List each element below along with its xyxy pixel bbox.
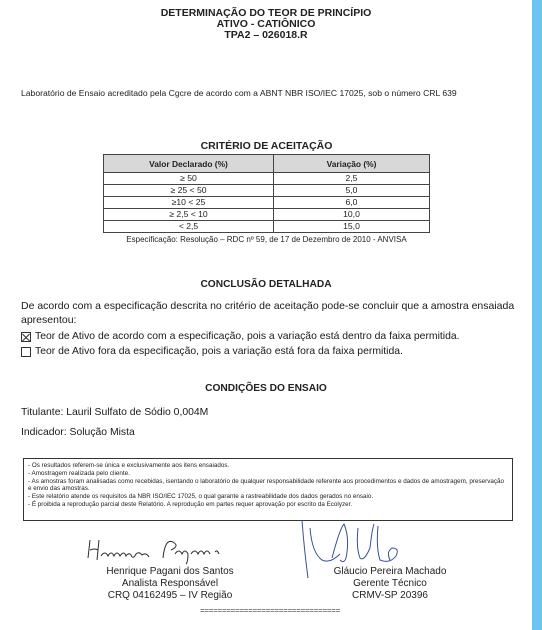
scan-edge-strip (532, 0, 542, 630)
table-row: ≥10 < 256,0 (104, 197, 430, 209)
table-row: < 2,515,0 (104, 221, 430, 233)
checkbox-unchecked-icon[interactable] (21, 347, 31, 357)
table-row: ≥ 25 < 505,0 (104, 185, 430, 197)
variation-cell: 2,5 (274, 173, 430, 185)
column-header-variation: Variação (%) (274, 155, 430, 173)
note-item: - Os resultados referem-se única e exclu… (28, 462, 508, 470)
column-header-declared: Valor Declarado (%) (104, 155, 274, 173)
note-item: - É proibida a reprodução parcial deste … (28, 501, 508, 509)
specification-note: Especificação: Resolução – RDC nº 59, de… (103, 235, 430, 244)
table-row: ≥ 2,5 < 1010,0 (104, 209, 430, 221)
signature-henrique-icon (85, 536, 235, 566)
accreditation-statement: Laboratório de Ensaio acreditado pela Cg… (21, 88, 457, 98)
titulant-text: Titulante: Lauril Sulfato de Sódio 0,004… (21, 407, 208, 418)
variation-cell: 15,0 (274, 221, 430, 233)
signer-role: Analista Responsável (60, 578, 280, 590)
signature-block-manager: Gláucio Pereira Machado Gerente Técnico … (300, 566, 480, 602)
option-label: Teor de Ativo fora da especificação, poi… (35, 345, 403, 359)
criteria-title: CRITÉRIO DE ACEITAÇÃO (103, 140, 430, 152)
option-out-of-spec[interactable]: Teor de Ativo fora da especificação, poi… (21, 345, 403, 359)
declared-cell: ≥ 25 < 50 (104, 185, 274, 197)
table-row: ≥ 502,5 (104, 173, 430, 185)
document-code: TPA2 – 026018.R (0, 30, 532, 41)
document-end-separator: ================================ (170, 606, 370, 615)
criteria-table: Valor Declarado (%) Variação (%) ≥ 502,5… (103, 154, 430, 233)
signer-name: Gláucio Pereira Machado (300, 566, 480, 578)
variation-cell: 10,0 (274, 209, 430, 221)
indicator-text: Indicador: Solução Mista (21, 427, 135, 438)
note-item: - Amostragem realizada pelo cliente. (28, 470, 508, 478)
notes-box: - Os resultados referem-se única e exclu… (23, 458, 513, 521)
declared-cell: < 2,5 (104, 221, 274, 233)
checkbox-checked-icon[interactable] (21, 332, 31, 342)
variation-cell: 6,0 (274, 197, 430, 209)
conclusion-title: CONCLUSÃO DETALHADA (0, 279, 532, 290)
conclusion-intro: De acordo com a especificação descrita n… (21, 299, 526, 327)
note-item: - As amostras foram analisadas como rece… (28, 478, 508, 494)
note-item: - Este relatório atende os requisitos da… (28, 493, 508, 501)
option-label: Teor de Ativo de acordo com a especifica… (35, 330, 460, 344)
variation-cell: 5,0 (274, 185, 430, 197)
signer-registry: CRQ 04162495 – IV Região (60, 590, 280, 602)
signer-name: Henrique Pagani dos Santos (60, 566, 280, 578)
signer-role: Gerente Técnico (300, 578, 480, 590)
declared-cell: ≥ 2,5 < 10 (104, 209, 274, 221)
option-within-spec[interactable]: Teor de Ativo de acordo com a especifica… (21, 330, 460, 344)
declared-cell: ≥10 < 25 (104, 197, 274, 209)
signer-registry: CRMV-SP 20396 (300, 590, 480, 602)
declared-cell: ≥ 50 (104, 173, 274, 185)
conditions-title: CONDIÇÕES DO ENSAIO (0, 383, 532, 394)
signature-block-analyst: Henrique Pagani dos Santos Analista Resp… (60, 566, 280, 602)
